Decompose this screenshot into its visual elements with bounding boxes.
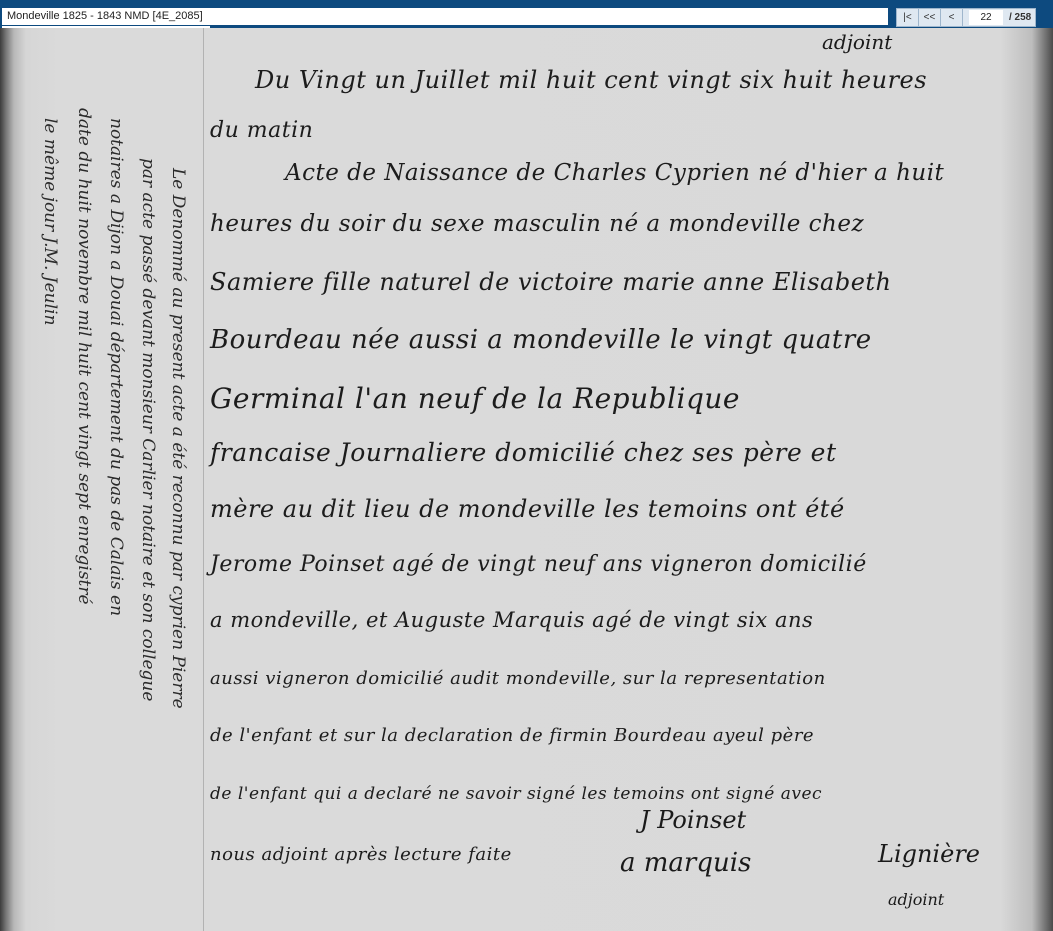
text-line-14: de l'enfant qui a declaré ne savoir sign… xyxy=(210,784,822,804)
text-line-13: de l'enfant et sur la declaration de fir… xyxy=(210,725,814,746)
text-line-4: heures du soir du sexe masculin né a mon… xyxy=(210,211,864,237)
margin-note-line-5: le même jour J.M. Jeulin xyxy=(40,118,60,325)
page-navigation: |< << < / 258 xyxy=(896,8,1036,27)
fast-back-button[interactable]: << xyxy=(919,9,941,26)
signature-ligniere: Lignière xyxy=(878,840,980,868)
document-title: Mondeville 1825 - 1843 NMD [4E_2085] xyxy=(7,10,203,22)
page-number-input[interactable] xyxy=(969,10,1003,25)
text-line-3: Acte de Naissance de Charles Cyprien né … xyxy=(285,160,944,186)
page-total: / 258 xyxy=(1009,12,1031,23)
document-scan[interactable]: adjoint Du Vingt un Juillet mil huit cen… xyxy=(0,28,1053,931)
margin-note-line-3: notaires a Dijon a Douai département du … xyxy=(106,118,126,616)
title-tab-underline xyxy=(2,26,210,28)
margin-note-line-4: date du huit novembre mil huit cent ving… xyxy=(74,108,94,605)
text-line-15: nous adjoint après lecture faite xyxy=(210,844,512,865)
margin-note-line-2: par acte passé devant monsieur Carlier n… xyxy=(138,158,158,701)
page-indicator: / 258 xyxy=(963,9,1035,26)
text-line-8: francaise Journaliere domicilié chez ses… xyxy=(210,438,837,467)
header-adjoint-signature: adjoint xyxy=(822,30,892,54)
text-line-11: a mondeville, et Auguste Marquis agé de … xyxy=(210,608,813,632)
viewer-toolbar: Mondeville 1825 - 1843 NMD [4E_2085] |< … xyxy=(0,0,1053,28)
document-title-field: Mondeville 1825 - 1843 NMD [4E_2085] xyxy=(2,8,888,25)
margin-rule xyxy=(203,28,204,931)
text-line-10: Jerome Poinset agé de vingt neuf ans vig… xyxy=(210,552,867,577)
text-line-1: Du Vingt un Juillet mil huit cent vingt … xyxy=(255,66,927,94)
previous-page-button[interactable]: < xyxy=(941,9,963,26)
text-line-9: mère au dit lieu de mondeville les temoi… xyxy=(210,495,845,523)
signature-marquis: a marquis xyxy=(620,848,751,878)
margin-note-line-1: Le Denommé au present acte a été reconnu… xyxy=(168,168,188,709)
signature-poinset: J Poinset xyxy=(640,806,746,834)
first-page-button[interactable]: |< xyxy=(897,9,919,26)
signature-adjoint-title: adjoint xyxy=(888,890,944,909)
text-line-6: Bourdeau née aussi a mondeville le vingt… xyxy=(210,325,872,355)
text-line-7: Germinal l'an neuf de la Republique xyxy=(210,382,740,415)
text-line-2: du matin xyxy=(210,118,313,143)
text-line-12: aussi vigneron domicilié audit mondevill… xyxy=(210,668,826,689)
text-line-5: Samiere fille naturel de victoire marie … xyxy=(210,268,892,296)
